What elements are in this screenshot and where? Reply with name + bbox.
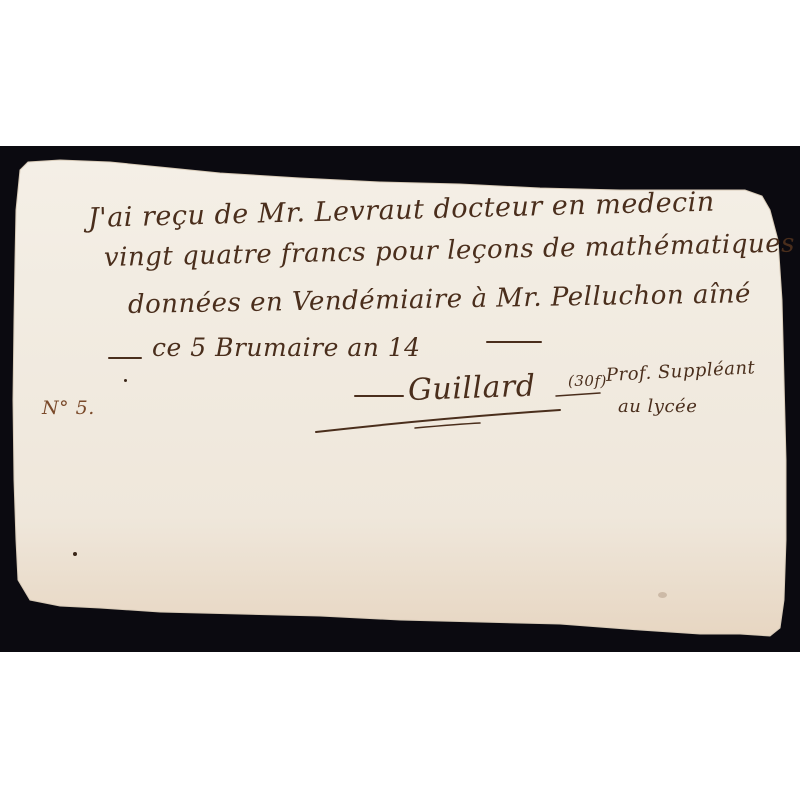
signature-note: (30f) [568, 372, 607, 390]
signature-dash [354, 395, 404, 397]
dash-right [486, 341, 542, 343]
date-text: ce 5 Brumaire an 14 [152, 333, 421, 362]
document-scan: J'ai reçu de Mr. Levraut docteur en mede… [0, 0, 800, 800]
receipt-date-line: ce 5 Brumaire an 14 [110, 333, 421, 362]
signature-title-line-2: au lycée [618, 396, 697, 417]
margin-note: N° 5. [42, 397, 95, 419]
signature: Guillard [407, 369, 536, 408]
stain [658, 592, 667, 598]
ink-speck [73, 552, 77, 556]
ink-speck [124, 379, 127, 382]
